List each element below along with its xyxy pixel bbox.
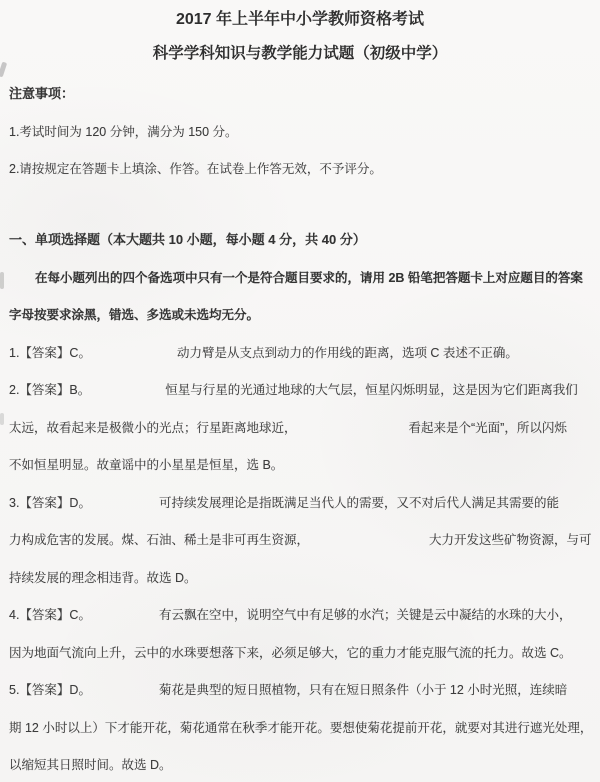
section-heading: 一、单项选择题（本大题共 10 小题，每小题 4 分，共 40 分）	[9, 230, 591, 250]
document-title: 2017 年上半年中小学教师资格考试	[9, 0, 591, 30]
answer-1-explanation: 动力臂是从支点到动力的作用线的距离，选项 C 表述不正确。	[177, 346, 518, 360]
answer-3-label: 3.【答案】D。	[9, 496, 91, 510]
answer-5-explanation-part-2: 期 12 小时以上）下才能开花，菊花通常在秋季才能开花。要想使菊花提前开花，就要…	[9, 721, 592, 735]
answer-3-explanation-part-1: 可持续发展理论是指既满足当代人的需要，又不对后代人满足其需要的能	[159, 496, 559, 510]
answer-5-explanation-part-1: 菊花是典型的短日照植物，只有在短日照条件（小于 12 小时光照，连续暗	[159, 683, 567, 697]
answer-3-line-2: 力构成危害的发展。煤、石油、稀土是非可再生资源，大力开发这些矿物资源，与可	[9, 530, 591, 550]
answer-2-explanation-part-1: 恒星与行星的光通过地球的大气层，恒星闪烁明显，这是因为它们距离我们	[165, 383, 578, 397]
answer-5-line-1: 5.【答案】D。菊花是典型的短日照植物，只有在短日照条件（小于 12 小时光照，…	[9, 680, 591, 700]
notice-item-2: 2.请按规定在答题卡上填涂、作答。在试卷上作答无效，不予评分。	[9, 159, 591, 179]
section-instruction-line-2: 字母按要求涂黑，错选、多选或未选均无分。	[9, 305, 591, 325]
answer-2-line-1: 2.【答案】B。恒星与行星的光通过地球的大气层，恒星闪烁明显，这是因为它们距离我…	[9, 380, 591, 400]
scan-artifact	[0, 272, 4, 289]
scan-artifact	[0, 413, 4, 425]
notice-heading: 注意事项：	[9, 84, 591, 104]
answer-2-explanation-part-4: 不如恒星明显。故童谣中的小星星是恒星，选 B。	[9, 458, 283, 472]
exam-answer-key-document: 2017 年上半年中小学教师资格考试 科学学科知识与教学能力试题（初级中学） 注…	[0, 0, 600, 782]
answer-2-label: 2.【答案】B。	[9, 383, 90, 397]
answer-5-line-3: 以缩短其日照时间。故选 D。	[9, 755, 591, 775]
answer-1-redacted-gap	[91, 353, 177, 354]
notice-item-1: 1.考试时间为 120 分钟，满分为 150 分。	[9, 122, 591, 142]
answer-3-line-1: 3.【答案】D。可持续发展理论是指既满足当代人的需要，又不对后代人满足其需要的能	[9, 493, 591, 513]
answer-2-redacted-gap-2	[297, 428, 409, 429]
answer-4-redacted-gap	[91, 615, 159, 616]
answer-3-explanation-part-4: 持续发展的理念相违背。故选 D。	[9, 571, 197, 585]
answer-5-label: 5.【答案】D。	[9, 683, 91, 697]
answer-1-label: 1.【答案】C。	[9, 346, 91, 360]
answer-3-explanation-part-2: 力构成危害的发展。煤、石油、稀土是非可再生资源，	[9, 533, 309, 547]
answer-3-explanation-part-3: 大力开发这些矿物资源，与可	[429, 533, 592, 547]
answer-3-redacted-gap-2	[309, 540, 429, 541]
answer-2-explanation-part-2: 太远，故看起来是极微小的光点；行星距离地球近，	[9, 421, 297, 435]
answer-3-redacted-gap-1	[91, 503, 159, 504]
answer-4-explanation-part-1: 有云飘在空中，说明空气中有足够的水汽；关键是云中凝结的水珠的大小，	[159, 608, 572, 622]
answer-4-explanation-part-2: 因为地面气流向上升，云中的水珠要想落下来，必须足够大，它的重力才能克服气流的托力…	[9, 646, 572, 660]
answer-2-line-2: 太远，故看起来是极微小的光点；行星距离地球近，看起来是个“光面”，所以闪烁	[9, 418, 591, 438]
answer-1-line-1: 1.【答案】C。动力臂是从支点到动力的作用线的距离，选项 C 表述不正确。	[9, 343, 591, 363]
answer-5-line-2: 期 12 小时以上）下才能开花，菊花通常在秋季才能开花。要想使菊花提前开花，就要…	[9, 718, 591, 738]
answer-2-explanation-part-3: 看起来是个“光面”，所以闪烁	[409, 421, 567, 435]
answer-4-line-1: 4.【答案】C。有云飘在空中，说明空气中有足够的水汽；关键是云中凝结的水珠的大小…	[9, 605, 591, 625]
scan-artifact	[0, 62, 7, 78]
answer-2-redacted-gap-1	[90, 390, 165, 391]
section-instruction-line-1: 在每小题列出的四个备选项中只有一个是符合题目要求的，请用 2B 铅笔把答题卡上对…	[9, 268, 591, 288]
answer-5-redacted-gap	[91, 690, 159, 691]
answer-5-explanation-part-3: 以缩短其日照时间。故选 D。	[9, 758, 172, 772]
answer-4-line-2: 因为地面气流向上升，云中的水珠要想落下来，必须足够大，它的重力才能克服气流的托力…	[9, 643, 591, 663]
answer-2-line-3: 不如恒星明显。故童谣中的小星星是恒星，选 B。	[9, 455, 591, 475]
document-subtitle: 科学学科知识与教学能力试题（初级中学）	[9, 44, 591, 64]
answer-3-line-3: 持续发展的理念相违背。故选 D。	[9, 568, 591, 588]
answer-4-label: 4.【答案】C。	[9, 608, 91, 622]
